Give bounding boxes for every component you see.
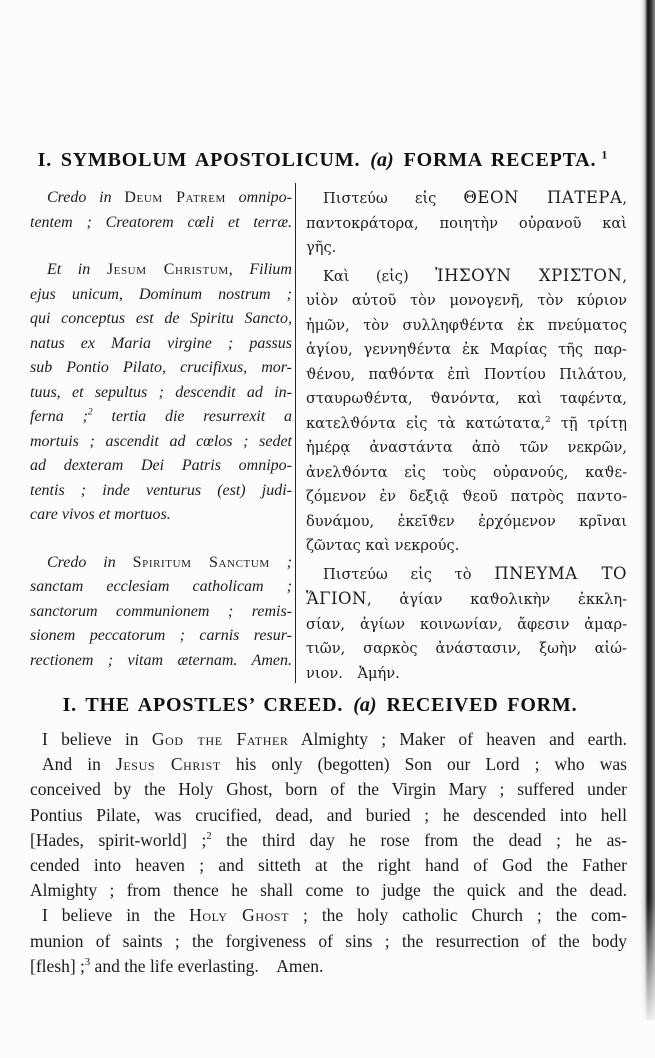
scan-edge-shadow <box>640 0 655 1020</box>
creed-paragraph: Πιστεύω εἰς ΘΕΟΝ ΠΑΤΕΡΑ,παντοκράτορα, πο… <box>306 186 627 261</box>
text-line: And in Jesus Christ his only (begotten) … <box>30 752 627 777</box>
text-line: natus ex Maria virgine ; passus <box>30 332 292 357</box>
creed-paragraph: Πιστεύω εἰς τὸ ΠΝΕΥΜΑ ΤΟἍΓΙΟΝ, ἁγίαν καϑ… <box>306 562 627 687</box>
creed-paragraph: And in Jesus Christ his only (begotten) … <box>30 752 627 903</box>
latin-heading-title: I. SYMBOLUM APOSTOLICUM. <box>38 149 361 171</box>
text-line: Pontius Pilate, was crucified, dead, and… <box>30 803 627 828</box>
text-line: Πιστεύω εἰς τὸ ΠΝΕΥΜΑ ΤΟ <box>306 562 627 588</box>
text-line: Καὶ (εἰς) ἸΗΣΟΥΝ ΧΡΙΣΤΟΝ, <box>306 264 627 290</box>
text-line: cended into heaven ; and sitteth at the … <box>30 853 627 878</box>
text-line: tentem ; Creatorem cœli et terræ. <box>30 211 292 236</box>
text-line: sanctorum communionem ; remis- <box>30 600 292 625</box>
creed-paragraph: I believe in the Holy Ghost ; the holy c… <box>30 903 627 979</box>
creed-paragraph: I believe in God the Father Almighty ; M… <box>30 727 627 752</box>
text-line: σίαν, ἁγίων κοινωνίαν, ἄφεσιν ἁμαρ- <box>306 613 627 638</box>
text-line: ἁγίου, γεννηϑέντα ἐκ Μαρίας τῆς παρ- <box>306 338 627 363</box>
greek-creed-column: Πιστεύω εἰς ΘΕΟΝ ΠΑΤΕΡΑ,παντοκράτορα, πο… <box>306 186 627 686</box>
text-line: I believe in the Holy Ghost ; the holy c… <box>30 903 627 928</box>
latin-heading-footnote-ref: 1 <box>601 147 607 161</box>
text-line: παντοκράτορα, ποιητὴν οὐρανοῦ καὶ <box>306 212 627 237</box>
latin-heading-subtitle: FORMA RECEPTA. <box>404 149 597 171</box>
text-line: Credo in Deum Patrem omnipo- <box>30 186 292 211</box>
text-line: ἍΓΙΟΝ, ἁγίαν καϑολικὴν ἐκκλη- <box>306 587 627 613</box>
english-heading-title: I. THE APOSTLES’ CREED. <box>63 694 344 716</box>
text-line: κατελϑόντα εἰς τὰ κατώτατα,2 τῇ τρίτῃ <box>306 412 627 437</box>
text-line: γῆς. <box>306 236 627 261</box>
text-line: δυνάμου, ἐκεῖϑεν ἐρχόμενον κρῖναι <box>306 510 627 535</box>
latin-heading-variant-marker: (a) <box>370 149 393 171</box>
text-line: υἱὸν αὐτοῦ τὸν μονογενῆ, τὸν κύριον <box>306 289 627 314</box>
text-line: sub Pontio Pilato, crucifixus, mor- <box>30 356 292 381</box>
text-line: [Hades, spirit-world] ;2 the third day h… <box>30 828 627 853</box>
creed-paragraph: Καὶ (εἰς) ἸΗΣΟΥΝ ΧΡΙΣΤΟΝ,υἱὸν αὐτοῦ τὸν … <box>306 264 627 559</box>
text-line: ἡμέρᾳ ἀναστάντα ἀπὸ τῶν νεκρῶν, <box>306 436 627 461</box>
text-line: ad dexteram Dei Patris omnipo- <box>30 454 292 479</box>
text-line: tuus, et sepultus ; descendit ad in- <box>30 381 292 406</box>
english-heading-subtitle: RECEIVED FORM. <box>387 694 578 716</box>
english-creed-text: I believe in God the Father Almighty ; M… <box>30 727 627 979</box>
text-line: care vivos et mortuos. <box>30 503 292 528</box>
text-line: Πιστεύω εἰς ΘΕΟΝ ΠΑΤΕΡΑ, <box>306 186 627 212</box>
text-line: [flesh] ;3 and the life everlasting. Ame… <box>30 954 627 979</box>
text-line: τιῶν, σαρκὸς ἀνάστασιν, ξωὴν αἰώ- <box>306 637 627 662</box>
text-line: Almighty ; from thence he shall come to … <box>30 878 627 903</box>
creed-paragraph: Credo in Spiritum Sanctum ;sanctam eccle… <box>30 551 292 674</box>
text-line: σταυρωϑέντα, ϑανόντα, καὶ ταφέντα, <box>306 387 627 412</box>
text-line: Credo in Spiritum Sanctum ; <box>30 551 292 576</box>
text-line: qui conceptus est de Spiritu Sancto, <box>30 307 292 332</box>
text-line: conceived by the Holy Ghost, born of the… <box>30 777 627 802</box>
text-line: ἀνελϑόντα εἰς τοὺς οὐρανούς, καϑε- <box>306 461 627 486</box>
text-line: sanctam ecclesiam catholicam ; <box>30 575 292 600</box>
text-line: Et in Jesum Christum, Filium <box>30 258 292 283</box>
text-line: ἡμῶν, τὸν συλληφϑέντα ἐκ πνεύματος <box>306 314 627 339</box>
text-line: ζόμενον ἐν δεξιᾷ ϑεοῦ πατρὸς παντο- <box>306 485 627 510</box>
column-divider-rule <box>295 183 296 683</box>
text-line: mortuis ; ascendit ad cœlos ; sedet <box>30 430 292 455</box>
text-line: νιον. Ἀμήν. <box>306 662 627 687</box>
text-line: I believe in God the Father Almighty ; M… <box>30 727 627 752</box>
creed-paragraph: Credo in Deum Patrem omnipo-tentem ; Cre… <box>30 186 292 235</box>
latin-section-heading: I. SYMBOLUM APOSTOLICUM.(a)FORMA RECEPTA… <box>0 149 640 172</box>
creed-paragraph: Et in Jesum Christum, Filiumejus unicum,… <box>30 258 292 528</box>
text-line: munion of saints ; the forgiveness of si… <box>30 929 627 954</box>
text-line: ϑένου, παϑόντα ἐπὶ Ποντίου Πιλάτου, <box>306 363 627 388</box>
text-line: sionem peccatorum ; carnis resur- <box>30 624 292 649</box>
text-line: ejus unicum, Dominum nostrum ; <box>30 283 292 308</box>
english-section-heading: I. THE APOSTLES’ CREED.(a)RECEIVED FORM. <box>0 694 640 717</box>
text-line: ζῶντας καὶ νεκρούς. <box>306 534 627 559</box>
text-line: tentis ; inde venturus (est) judi- <box>30 479 292 504</box>
english-heading-variant-marker: (a) <box>353 694 376 716</box>
latin-creed-column: Credo in Deum Patrem omnipo-tentem ; Cre… <box>30 186 292 673</box>
text-line: ferna ;2 tertia die resurrexit a <box>30 405 292 430</box>
text-line: rectionem ; vitam æternam. Amen. <box>30 649 292 674</box>
scanned-book-page: I. SYMBOLUM APOSTOLICUM.(a)FORMA RECEPTA… <box>0 0 655 1058</box>
